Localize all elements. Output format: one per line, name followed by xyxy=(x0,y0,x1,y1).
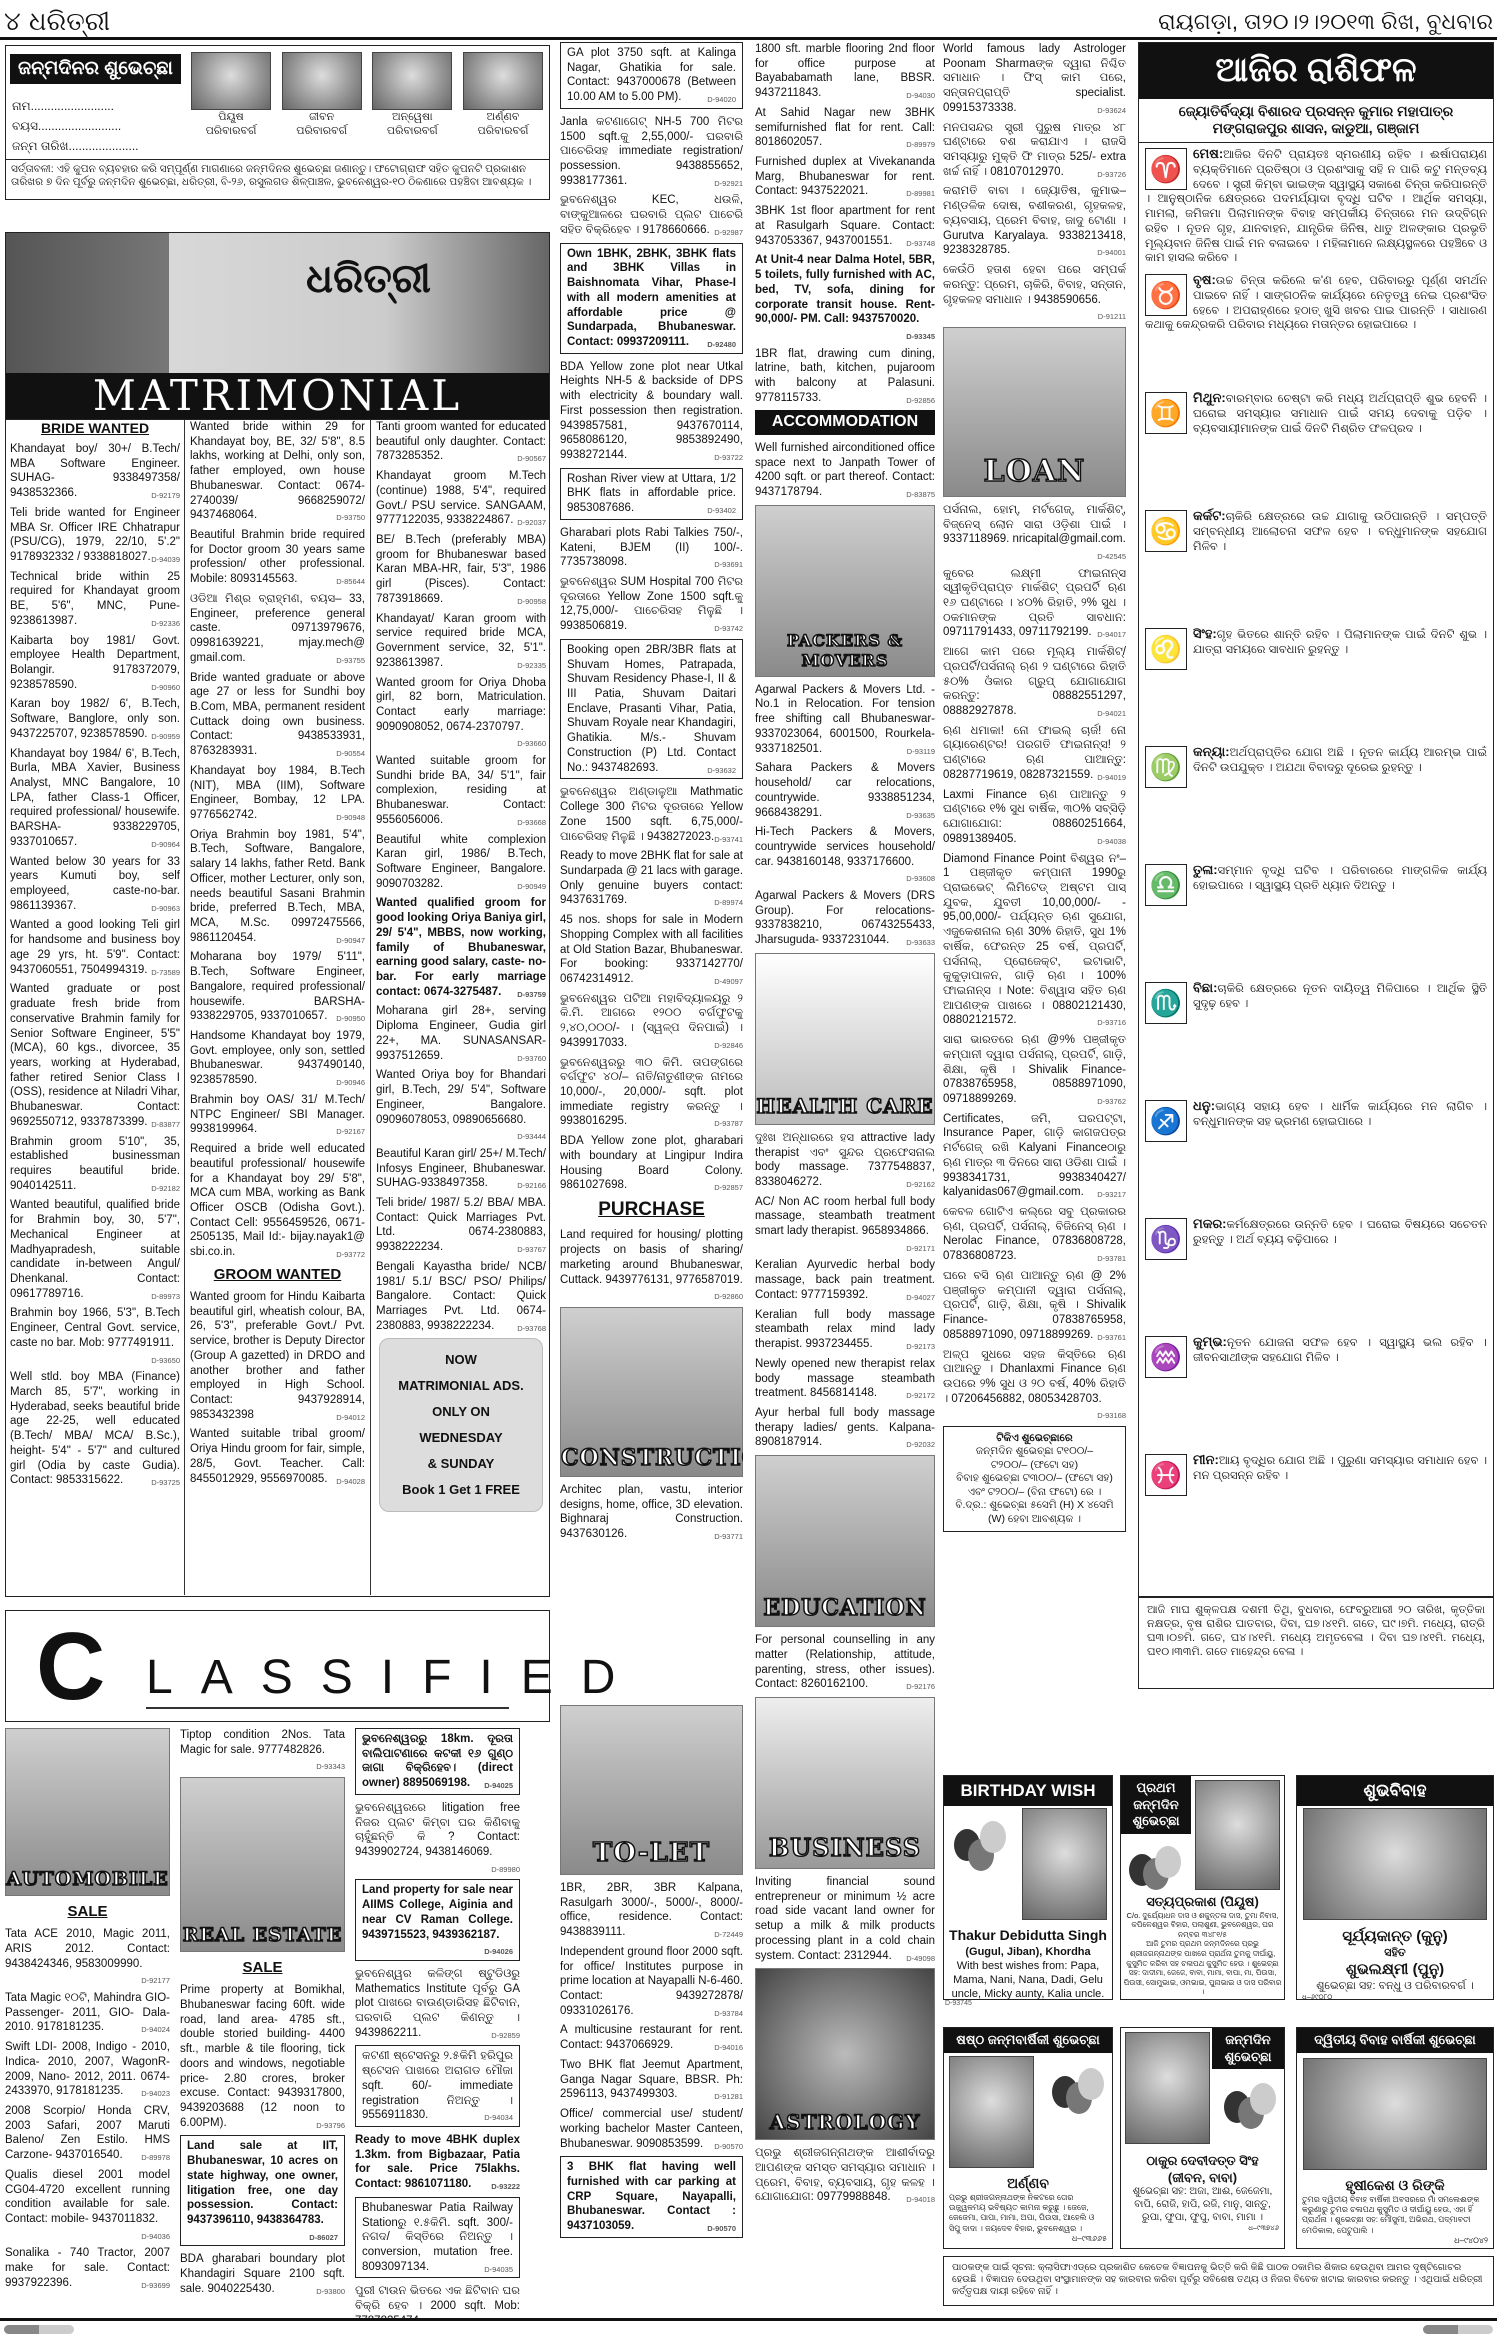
realestate-column: Tiptop condition 2Nos. Tata Magic for sa… xyxy=(180,1728,345,2318)
purchase-heading: PURCHASE xyxy=(560,1198,743,1222)
automobile-column: AUTOMOBILE SALE Tata ACE 2010, Magic 201… xyxy=(5,1728,170,2318)
education-caption: EDUCATION xyxy=(756,1594,934,1622)
wish-sub: (Gugul, Jiban), Khordha xyxy=(949,1945,1107,1959)
classified-ad: Independent ground floor 2000 sqft. for … xyxy=(560,1945,743,2019)
zodiac-icon: ♓ xyxy=(1145,1454,1187,1496)
classified-ad: Oriya Brahmin boy 1981, 5'4", B.Tech, So… xyxy=(190,828,365,946)
ad-code: D-94027 xyxy=(906,1293,935,1303)
sign-name: କୁମ୍ଭ: xyxy=(1193,1334,1227,1349)
rate-line: ବିବାହ ଶୁଭେଚ୍ଛା ଟ୩୦୦/– (ଫଟୋ ସହ) xyxy=(952,1472,1117,1485)
couple-photo xyxy=(1303,2058,1487,2170)
wish-message: ଶୁଭେଚ୍ଛା ସହ: ବନ୍ଧୁ ଓ ପରିବାରବର୍ଗ । xyxy=(1302,1979,1488,1993)
matrimonial-promo-box: NOW MATRIMONIAL ADS. ONLY ON WEDNESDAY &… xyxy=(379,1338,543,1512)
ad-text: Wanted Oriya boy for Bhandari girl, B.Te… xyxy=(376,1069,546,1125)
ad-code: D-93635 xyxy=(906,811,935,821)
classified-ad: At Sahid Nagar new 3BHK semifurnished fl… xyxy=(755,106,935,150)
ad-text: Wanted suitable groom for Sundhi bride B… xyxy=(376,755,546,826)
ad-text: World famous lady Astrologer Poonam Shar… xyxy=(943,43,1126,114)
ad-code: D-92182 xyxy=(151,1184,180,1194)
child-photo xyxy=(949,2056,1034,2168)
coupon-fields[interactable]: ନାମ......................... ବୟସ........… xyxy=(12,96,139,156)
page-nav-left[interactable] xyxy=(4,2325,74,2334)
ad-code: D-93781 xyxy=(1097,1254,1126,1264)
classified-ad: BE/ B.Tech (preferably MBA) groom for Bh… xyxy=(376,533,546,607)
ad-code: D-49097 xyxy=(714,977,743,987)
ad-code: D-92166 xyxy=(517,1181,546,1191)
classified-ad: Hi-Tech Packers & Movers, countrywide se… xyxy=(755,825,935,884)
automobile-caption: AUTOMOBILE xyxy=(6,1867,169,1891)
birthday-coupon: ଜନ୍ମଦିନର ଶୁଭେଚ୍ଛା ନାମ...................… xyxy=(5,45,550,160)
sign-name: କନ୍ୟା: xyxy=(1193,744,1230,759)
ad-code: D-94036 xyxy=(141,2232,170,2242)
groom-wanted-heading: GROOM WANTED xyxy=(190,1265,365,1284)
classified-ad: କରାମତି ବାବା । ଜ୍ୟୋତିଷ, କୁମାଭ– ମଣ୍ଡଳିକ ଦୋ… xyxy=(943,184,1126,258)
kid-name: ଅର୍ଣ୍ଣବ xyxy=(463,110,543,124)
ad-text: Oriya Brahmin boy 1981, 5'4", B.Tech, So… xyxy=(190,829,365,944)
classified-ad: Roshan River view at Uttara, 1/2 BHK fla… xyxy=(560,468,743,520)
loan-column: World famous lady Astrologer Poonam Shar… xyxy=(943,42,1126,1652)
ad-code: D-92179 xyxy=(151,491,180,501)
ad-code: D-93633 xyxy=(906,938,935,948)
wish-name: ସତ୍ୟପ୍ରକାଶ (ପିୟୂଷ) xyxy=(1123,1894,1282,1911)
ad-text: Wanted qualified groom for good looking … xyxy=(376,897,546,997)
sign-text: ଗୃହ ଭିତରେ ଶାନ୍ତି ରହିବ । ପିଲାମାନଙ୍କ ପାଇଁ … xyxy=(1193,629,1487,656)
reader-notice: ପାଠକଙ୍କ ପାଇଁ ସୂଚନା: କ୍ଲାସିଫାଏଡ୍‌ରେ ପ୍ରକା… xyxy=(943,2256,1494,2306)
wish-message: ପ୍ରଭୁ ଶ୍ରୀଜଗନ୍ନାଥଙ୍କ ନିକଟରେ ତୋର ଉଜ୍ଜ୍ୱଳମ… xyxy=(949,2193,1107,2234)
classified-ad: AC/ Non AC room herbal full body massage… xyxy=(755,1195,935,1254)
ad-code: D-93691 xyxy=(714,560,743,570)
ad-text: Well stld. boy MBA (Finance) March 85, 5… xyxy=(10,1371,180,1486)
classified-ad: 3 BHK flat having well furnished with ca… xyxy=(560,2156,743,2238)
ad-text: Certificates, ଜମି, ଘରପଟ୍ଟା, Insurance Pa… xyxy=(943,1113,1126,1199)
ad-text: ଭୁବନେଶ୍ୱର କଳିଙ୍ଗ ଷ୍ଟୁଡିଓରୁ Mathematics I… xyxy=(355,1968,520,2039)
bride-wanted-heading: BRIDE WANTED xyxy=(10,420,180,438)
classified-ad: A multicusine restaurant for rent. Conta… xyxy=(560,2023,743,2052)
kid-photo xyxy=(282,52,362,110)
rate-line: ବି.ଦ୍ର.: ଶୁଭେଚ୍ଛା ୫ସେମି (H) X ୪ସେମି (W) … xyxy=(952,1499,1117,1526)
classified-ad: କେବଳ ଗୋଟିଏ କଲ୍‌ରେ ସବୁ ପ୍ରକାରର ଋଣ, ପ୍ରପର୍… xyxy=(943,1205,1126,1264)
zodiac-icon: ♏ xyxy=(1145,982,1187,1024)
classified-ad: Brahmin boy OAS/ 31/ M.Tech/ NTPC Engine… xyxy=(190,1093,365,1137)
ad-code: D-92171 xyxy=(906,1244,935,1254)
ad-code: D-72449 xyxy=(714,1930,743,1940)
automobile-sale-heading: SALE xyxy=(5,1902,170,1921)
ad-code: D-92167 xyxy=(336,1127,365,1137)
classified-ad: Brahmin groom 5'10", 35, established bus… xyxy=(10,1135,180,1194)
ad-code: D-49098 xyxy=(906,1954,935,1964)
ad-code: D-92335 xyxy=(517,661,546,671)
ad-code: D-42545 xyxy=(1097,552,1126,562)
astrologer-address: ମଙ୍ଗରାଜପୁର ଶାସନ, କାଡୁଆ, ଗଞ୍ଜାମ xyxy=(1143,120,1489,138)
coupon-age-field[interactable]: ବୟସ......................... xyxy=(12,116,139,136)
wish-message: With best wishes from: Papa, Mama, Nani,… xyxy=(949,1959,1107,2000)
ad-code: D-90567 xyxy=(517,454,546,464)
classified-ad: Moharana boy 1979/ 5'11", B.Tech, Softwa… xyxy=(190,950,365,1024)
ad-code: D-90958 xyxy=(517,597,546,607)
ad-code: D-93168 xyxy=(1097,1411,1126,1421)
rate-line: ଟ୨୦୦/– (ଫଟୋ ସହ) xyxy=(952,1459,1117,1472)
sign-name: ମିଥୁନ: xyxy=(1193,390,1226,405)
horoscope-sign: ♏ବିଛା:ଚାକିରି କ୍ଷେତ୍ରରେ ନୂତନ ଦାୟିତ୍ୱ ମିଳି… xyxy=(1139,977,1493,1095)
classified-ad: 3BHK 1st floor apartment for rent at Ras… xyxy=(755,204,935,248)
sign-name: ସିଂହ: xyxy=(1193,626,1217,641)
ad-text: ଓଡିଆ ମିଶ୍ର ବ୍ରାହ୍ମଣ, ବୟସ– 33, Engineer, … xyxy=(190,593,365,664)
ad-code: D-93699 xyxy=(141,2281,170,2291)
classified-ad: Wanted graduate or post graduate fresh b… xyxy=(10,982,180,1129)
classified-ad: Khandayat groom M.Tech (continue) 1988, … xyxy=(376,469,546,528)
classified-ad: Land property for sale near AIIMS Colleg… xyxy=(355,1879,520,1960)
wish-heading: BIRTHDAY WISH xyxy=(944,1776,1112,1806)
ad-code: ଧ–୯୩୬୬୫ xyxy=(949,2234,1107,2244)
ad-code: D-93750 xyxy=(336,513,365,523)
ad-code: D-92336 xyxy=(151,619,180,629)
automobile-image: AUTOMOBILE xyxy=(5,1728,170,1896)
ad-code: D-90947 xyxy=(336,936,365,946)
ad-code: D-91281 xyxy=(714,2092,743,2102)
ad-code: D-93762 xyxy=(1097,1097,1126,1107)
ad-code: ଧ–୯୩୬୩୯ xyxy=(1123,1997,1282,2000)
classified-ad: Own 1BHK, 2BHK, 3BHK flats and 3BHK Vill… xyxy=(560,243,743,354)
wish-rate-box: ଟିକିଏ ଶୁଭେଚ୍ଛାରେ ଜନ୍ମଦିନ ଶୁଭେଚ୍ଛା ଟ୧୦୦/–… xyxy=(943,1426,1126,1532)
ad-code: D-93745 xyxy=(945,2000,972,2009)
classified-ad: Swift LDI- 2008, Indigo - 2010, Indica- … xyxy=(5,2040,170,2099)
horoscope-sign: ♌ସିଂହ:ଗୃହ ଭିତରେ ଶାନ୍ତି ରହିବ । ପିଲାମାନଙ୍କ… xyxy=(1139,623,1493,741)
classified-ad: Khandayat boy 1984/ 6', B.Tech, Burla, M… xyxy=(10,747,180,850)
ad-code: D-93624 xyxy=(1097,106,1126,116)
classified-ad: ଭୁବନେଶ୍ୱର KEC, ଧଉଳି, ବାଙ୍କୁଆଳରେ ଘରବାରି ପ… xyxy=(560,193,743,237)
classified-ad: Wanted beautiful, qualified bride for Br… xyxy=(10,1198,180,1301)
ad-code: D-92162 xyxy=(906,1180,935,1190)
classified-ad: Beautiful Brahmin bride required for Doc… xyxy=(190,528,365,587)
classified-ad: କେଉଁଠି ହତାଶ ହେବା ପରେ ସମ୍ପର୍କ କରନ୍ତୁ: ପ୍ର… xyxy=(943,263,1126,322)
promo-line: NOW xyxy=(384,1347,538,1373)
ad-code: D-94018 xyxy=(906,2195,935,2205)
healthcare-image: HEALTH CARE xyxy=(755,953,935,1125)
classified-ad: ଋଣ ଧମାକା! ନୋ ଫାଇଲ୍ ଚାର୍ଜ! ନୋ ଗ୍ୟାରେଣ୍ଟର!… xyxy=(943,724,1126,783)
ad-code: D-94035 xyxy=(484,2265,513,2275)
classified-ad: Architec plan, vastu, interior designs, … xyxy=(560,1483,743,1542)
ad-text: Required a bride well educated beautiful… xyxy=(190,1143,365,1258)
footer-rule xyxy=(0,2318,1497,2321)
classified-ad: Ready to move 2BHK flat for sale at Sund… xyxy=(560,849,743,908)
ad-text: କରାମତି ବାବା । ଜ୍ୟୋତିଷ, କୁମାଭ– ମଣ୍ଡଳିକ ଦୋ… xyxy=(943,185,1126,256)
realestate-caption: REAL ESTATE xyxy=(181,1923,344,1947)
ad-text: Bengali Kayastha bride/ NCB/ 1981/ 5.1/ … xyxy=(376,1261,546,1332)
ad-text: BDA Yellow zone plot near Utkal Heights … xyxy=(560,361,743,461)
classified-ad: କଟଣୀ ଷ୍ଟେସନରୁ ୨.୫କିମି ହରିପୁର ଷ୍ଟେସନ ପାଖର… xyxy=(355,2045,520,2127)
ad-text: Prime property at Bomikhal, Bhubaneswar … xyxy=(180,1984,345,2128)
kid-family: ପରିବାରବର୍ଗ xyxy=(463,124,543,138)
classified-ad: Teli bride wanted for Engineer MBA Sr. O… xyxy=(10,506,180,565)
ad-code: D-93787 xyxy=(714,1119,743,1129)
sign-name: ବୃଷ: xyxy=(1193,272,1216,287)
ad-code: D-92037 xyxy=(517,518,546,528)
classified-ad: ଭୁବନେଶ୍ୱର ପଟିଆ ମହାବିଦ୍ୟାଳୟରୁ ୨ କି.ମି. ଆଗ… xyxy=(560,992,743,1051)
ad-code: D-92032 xyxy=(906,1440,935,1450)
horoscope-sign: ♑ମକର:କର୍ମକ୍ଷେତ୍ରରେ ଉନ୍ନତି ହେବ । ଘରୋଇ ବିଷ… xyxy=(1139,1213,1493,1331)
ad-text: ଭୁବନେଶ୍ୱରରୁ ୩୦ କିମି. ତାପଙ୍ଗରେ ବର୍ଗଫୁଟ ୪୦… xyxy=(560,1057,743,1128)
classified-ad: ପ୍ରଭୁ ଶ୍ରୀଜଗନ୍ନାଥଙ୍କ ଆଶୀର୍ବାଦରୁ ଆପଣଙ୍କ ସ… xyxy=(755,2146,935,2205)
ad-text: ଭୁବନେଶ୍ୱରରେ litigation free ନିଜର ପ୍ଲଟ କି… xyxy=(355,1802,520,1858)
zodiac-icon: ♊ xyxy=(1145,392,1187,434)
ad-code: D-73589 xyxy=(151,968,180,978)
sign-name: ଧନୁ: xyxy=(1193,1098,1215,1113)
ad-text: ସାରା ଭାରତରେ ଋଣ @୨% ପଞ୍ଜୀକୃତ କମ୍ପାନୀ ଦ୍ୱା… xyxy=(943,1034,1126,1105)
ad-text: ପର୍ସନାଲ, ହୋମ୍, ମର୍ଟଗେଜ୍, ମାର୍କଶିଟ୍, ବିଜ୍… xyxy=(943,504,1126,545)
wish-message: ଆଜି ତୁମର ପ୍ରଥମ ଜନ୍ମଦିନରେ ପ୍ରଭୁ ଶ୍ରୀଜଗନ୍ନ… xyxy=(1123,1939,1282,1997)
classified-ad: Land sale at IIT, Bhubaneswar, 10 acres … xyxy=(180,2135,345,2246)
ad-text: Qualis diesel 2001 model CG04-4720 excel… xyxy=(5,2169,170,2225)
classified-ad: Diamond Finance Point ବିଶ୍ୱର ନଂ–1 ପଞ୍ଜୀକ… xyxy=(943,852,1126,1029)
rate-line: ଜନ୍ମଦିନ ଶୁଭେଚ୍ଛା ଟ୧୦୦/– xyxy=(952,1445,1117,1458)
ad-code: D-92172 xyxy=(906,1391,935,1401)
healthcare-caption: HEALTH CARE xyxy=(756,1094,934,1120)
horoscope-title: ଆଜିର ରାଶିଫଳ xyxy=(1139,43,1493,99)
ad-code: D-90570 xyxy=(707,2224,736,2234)
panjika-note: ଆଜି ମାଘ ଶୁକ୍ଳପକ୍ଷ ଦଶମୀ ତିଥି, ବୁଧବାର, ଫେବ… xyxy=(1138,1597,1494,1689)
ad-code: D-92859 xyxy=(491,2031,520,2041)
ad-code: D-92987 xyxy=(714,228,743,238)
rent-column: 1800 sft. marble flooring 2nd floor for … xyxy=(755,42,935,2317)
ad-text: BE/ B.Tech (preferably MBA) groom for Bh… xyxy=(376,534,546,605)
ad-text: Brahmin boy 1966, 5'3", B.Tech Engineer,… xyxy=(10,1307,180,1348)
realestate-sale-heading: SALE xyxy=(180,1958,345,1977)
coupon-dob-field[interactable]: ଜନ୍ମ ତାରିଖ..................... xyxy=(12,136,139,156)
ad-text: 45 nos. shops for sale in Modern Shoppin… xyxy=(560,914,743,985)
ad-code: D-93668 xyxy=(517,818,546,828)
horoscope-sign: ♈ମେଷ:ଆଜିର ଦିନଟି ପ୍ରାୟତଃ ସ୍ମରଣୀୟ ରହିବ । ଈ… xyxy=(1139,143,1493,269)
classified-banner: C LASSIFIED xyxy=(5,1610,550,1722)
ad-text: Land sale at IIT, Bhubaneswar, 10 acres … xyxy=(187,2140,338,2226)
ad-code: D-93784 xyxy=(714,2009,743,2019)
classified-ad: ସାରା ଭାରତରେ ଋଣ @୨% ପଞ୍ଜୀକୃତ କମ୍ପାନୀ ଦ୍ୱା… xyxy=(943,1033,1126,1107)
ad-code: D-86027 xyxy=(309,2233,338,2243)
sign-text: ନୂତନ ଯୋଜନା ସଫଳ ହେବ । ସ୍ୱାସ୍ଥ୍ୟ ଭଲ ରହିବ ।… xyxy=(1193,1337,1487,1364)
tolet-caption: TO-LET xyxy=(561,1837,742,1870)
classified-ad: Tanti groom wanted for educated beautifu… xyxy=(376,420,546,464)
balloons-icon xyxy=(954,1821,1004,1901)
ad-text: Wanted beautiful, qualified bride for Br… xyxy=(10,1199,180,1299)
ad-code: ଧ–୬୯୦୮୦ xyxy=(1302,1994,1488,2000)
ad-code: D-94030 xyxy=(906,91,935,101)
loan-caption: LOAN xyxy=(944,453,1125,491)
ad-code: D-94025 xyxy=(484,1781,513,1791)
birthday-wish-card-2: ଜନ୍ମଦିନ ଶୁଭେଚ୍ଛା ଠାକୁର ଦେବୀଦତ୍ତ ସିଂହ (ଜୀ… xyxy=(1120,2027,1285,2249)
ad-code: D-94020 xyxy=(707,95,736,105)
classified-ad: Tiptop condition 2Nos. Tata Magic for sa… xyxy=(180,1728,345,1772)
classified-ad: Beautiful Karan girl/ 25+/ M.Tech/ Infos… xyxy=(376,1147,546,1191)
classified-ad: Karan boy 1982/ 6', B.Tech, Software, Ba… xyxy=(10,697,180,741)
ad-code: D-93217 xyxy=(1097,1190,1126,1200)
loan-image: LOAN xyxy=(943,327,1126,497)
classified-ad: World famous lady Astrologer Poonam Shar… xyxy=(943,42,1126,116)
ad-text: At Unit-4 near Dalma Hotel, 5BR, 5 toile… xyxy=(755,254,935,325)
ad-text: Inviting financial sound entrepreneur or… xyxy=(755,1876,935,1962)
kid-name: ଜୀବନ xyxy=(282,110,362,124)
ad-text: ପୁରୀ ଟାଉନ ଭିତରେ ଏକ ଛିଟିବାନ ଘର ବିକ୍ରି ହେବ… xyxy=(355,2285,520,2318)
classified-ad: GA plot 3750 sqft. at Kalinga Nagar, Gha… xyxy=(560,42,743,109)
classified-ad: Keralian full body massage steambath rel… xyxy=(755,1308,935,1352)
classified-ad: Beautiful white complexion Karan girl, 1… xyxy=(376,833,546,892)
sign-text: ଚାକିରି କ୍ଷେତ୍ରରେ ଉଚ୍ଚ ଯାଗାକୁ ଉଠିପାରନ୍ତି … xyxy=(1193,511,1487,552)
kid-card: ଅନ୍ୱେଷାପରିବାରବର୍ଗ xyxy=(372,52,452,138)
wish-name: ସୂର୍ଯ୍ୟକାନ୍ତ (କୁନୁ) xyxy=(1302,1927,1488,1946)
sign-name: ବିଛା: xyxy=(1193,980,1217,995)
ad-code: D-93608 xyxy=(906,874,935,884)
classified-ad: Newly opened new therapist relax body ma… xyxy=(755,1357,935,1401)
classified-ad: ଭୁବନେଶ୍ୱରରୁ 18km. ଦୂରତା ବାଲିପାଟଣାରେ କଟକୀ… xyxy=(355,1728,520,1795)
ad-code: D-93800 xyxy=(316,2287,345,2297)
child-photo xyxy=(1125,2032,1210,2144)
astrology-caption: ASTROLOGY xyxy=(756,2110,934,2136)
sign-text: ଚାକିରି କ୍ଷେତ୍ରରେ ନୂତନ ଦାୟିତ୍ୱ ମିଳିପାରେ ।… xyxy=(1193,983,1487,1010)
classified-ad: Prime property at Bomikhal, Bhubaneswar … xyxy=(180,1983,345,2130)
ad-code: D-89980 xyxy=(491,1865,520,1875)
ad-text: Land required for housing/ plotting proj… xyxy=(560,1229,743,1285)
ad-code: D-90946 xyxy=(336,1078,365,1088)
classified-ad: Khandayat boy/ 30+/ B.Tech/ MBA Software… xyxy=(10,442,180,501)
ad-code: D-90950 xyxy=(336,1014,365,1024)
ad-code: D-94016 xyxy=(714,2043,743,2053)
ad-code: D-91211 xyxy=(1098,312,1126,322)
horoscope-sign: ♊ମିଥୁନ:ବାରମ୍ବାର ଚେଷ୍ଟା କରି ମଧ୍ୟ ଅର୍ଥପ୍ରା… xyxy=(1139,387,1493,505)
sign-text: ସମ୍ମାନ ବୃଦ୍ଧି ଘଟିବ । ପରିବାରରେ ମାଙ୍ଗଳିକ କ… xyxy=(1193,865,1487,892)
accommodation-heading: ACCOMMODATION xyxy=(755,410,935,434)
classified-ad: BDA Yellow zone plot near Utkal Heights … xyxy=(560,360,743,463)
matrimonial-title: MATRIMONIAL xyxy=(6,373,549,419)
wish-name-2: ଶୁଭଲକ୍ଷ୍ମୀ (ପୁନୁ) xyxy=(1302,1960,1488,1979)
ad-code: D-90964 xyxy=(151,840,180,850)
ad-text: ଘରେ ବସି ଋଣ ପାଆନ୍ତୁ ଋଣ @ 2% ପଞ୍ଜୀକୃତ କମ୍ପ… xyxy=(943,1270,1126,1341)
classified-ad: Kaibarta boy 1981/ Govt. employee Health… xyxy=(10,634,180,693)
classified-ad: 1BR flat, drawing cum dining, latrine, b… xyxy=(755,347,935,406)
education-image: EDUCATION xyxy=(755,1455,935,1627)
classified-ad: 2008 Scorpio/ Honda CRV, 2003 Safari, 20… xyxy=(5,2104,170,2163)
child-photo xyxy=(1022,1808,1107,1920)
classified-ad: Bengali Kayastha bride/ NCB/ 1981/ 5.1/ … xyxy=(376,1260,546,1334)
ad-text: Tata ACE 2010, Magic 2011, ARIS 2012. Co… xyxy=(5,1928,170,1969)
ad-text: Independent ground floor 2000 sqft. for … xyxy=(560,1946,743,2017)
classified-ad: Agarwal Packers & Movers (DRS Group). Fo… xyxy=(755,889,935,948)
kid-family: ପରିବାରବର୍ଗ xyxy=(372,124,452,138)
ad-code: D-94038 xyxy=(1097,837,1126,847)
classified-ad: Handsome Khandayat boy 1979, Govt. emplo… xyxy=(190,1029,365,1088)
classified-ad: କୁବେର ଲକ୍ଷ୍ମୀ ଫାଇନାନ୍ସ ସ୍ୱୀକୃତିପ୍ରାପ୍ତ ମ… xyxy=(943,567,1126,641)
classified-ad: Wanted below 30 years for 33 years Kumut… xyxy=(10,855,180,914)
classified-ad: Wanted Oriya boy for Bhandari girl, B.Te… xyxy=(376,1068,546,1141)
ad-code: D-94021 xyxy=(1097,709,1126,719)
ad-code: D-94039 xyxy=(151,555,180,565)
classified-ad: Wanted groom for Oriya Dhoba girl, 82 bo… xyxy=(376,676,546,749)
ad-code: D-93726 xyxy=(1097,170,1126,180)
ad-code: D-93725 xyxy=(151,1478,180,1488)
ad-code: D-89978 xyxy=(141,2153,170,2163)
ad-code: D-83875 xyxy=(906,490,935,500)
classified-ad: 1800 sft. marble flooring 2nd floor for … xyxy=(755,42,935,101)
sign-text: ଆୟ ବୃଦ୍ଧିର ଯୋଗ ଅଛି । ପୁରୁଣା ସମସ୍ୟାର ସମାଧ… xyxy=(1193,1455,1487,1482)
ad-text: Janla କଟଣାଗେଟ୍ NH-5 700 ମିଟର 1500 sqft.କ… xyxy=(560,116,743,187)
horoscope-sign: ♎ତୁଳା:ସମ୍ମାନ ବୃଦ୍ଧି ଘଟିବ । ପରିବାରରେ ମାଙ୍… xyxy=(1139,859,1493,977)
page-nav-right[interactable] xyxy=(1423,2325,1493,2334)
ad-text: Diamond Finance Point ବିଶ୍ୱର ନଂ–1 ପଞ୍ଜୀକ… xyxy=(943,853,1126,1027)
ad-code: D-90959 xyxy=(151,732,180,742)
ad-text: Own 1BHK, 2BHK, 3BHK flats and 3BHK Vill… xyxy=(567,248,736,348)
wish-heading: ଜନ୍ମଦିନ ଶୁଭେଚ୍ଛା xyxy=(1212,2028,1284,2069)
kid-card: ପିୟୂଷପରିବାରବର୍ଗ xyxy=(191,52,271,138)
classified-ad: ଦୁଃଖ ଅନ୍ଧାରରେ ହସ attractive lady therapi… xyxy=(755,1131,935,1190)
ad-text: Wanted groom for Oriya Dhoba girl, 82 bo… xyxy=(376,677,546,733)
horoscope-sign: ♉ବୃଷ:ଉଚ୍ଚ ଚିନ୍ତା କରିଲେ କ'ଣ ହେବ, ପରିବାରରୁ… xyxy=(1139,269,1493,387)
ad-code: D-93742 xyxy=(714,624,743,634)
ad-text: Booking open 2BR/3BR flats at Shuvam Hom… xyxy=(567,644,736,774)
classified-ad: Teli bride/ 1987/ 5.2/ BBA/ MBA. Contact… xyxy=(376,1196,546,1255)
classified-ad: Janla କଟଣାଗେଟ୍ NH-5 700 ମିଟର 1500 sqft.କ… xyxy=(560,115,743,189)
ad-code: D-93759 xyxy=(517,990,546,1000)
ad-text: Moharana boy 1979/ 5'11", B.Tech, Softwa… xyxy=(190,951,365,1022)
first-birthday-card: ପ୍ରଥମ ଜନ୍ମଦିନ ଶୁଭେଚ୍ଛା ସତ୍ୟପ୍ରକାଶ (ପିୟୂଷ… xyxy=(1120,1775,1285,2000)
classified-ad: Required a bride well educated beautiful… xyxy=(190,1142,365,1260)
classified-ad: Wanted suitable tribal groom/ Oriya Hind… xyxy=(190,1427,365,1486)
wish-heading: ଦ୍ୱିତୀୟ ବିବାହ ବାର୍ଷିକୀ ଶୁଭେଚ୍ଛା xyxy=(1297,2028,1493,2053)
promo-line: & SUNDAY xyxy=(384,1451,538,1477)
ad-code: D-93771 xyxy=(714,1532,743,1542)
kid-name: ପିୟୂଷ xyxy=(191,110,271,124)
wish-message: ଶୁଭେଚ୍ଛା ସହ: ଅଜା, ଆଈ, ଜେଜେମା, ବାପି, ରୋଜି… xyxy=(1126,2186,1279,2224)
matrimonial-col-2: Wanted bride within 29 for Khandayat boy… xyxy=(190,420,365,1595)
wish-name: ଠାକୁର ଦେବୀଦତ୍ତ ସିଂହ xyxy=(1126,2153,1279,2170)
ad-text: Hi-Tech Packers & Movers, countrywide se… xyxy=(755,826,935,867)
matrimonial-col-1: BRIDE WANTED Khandayat boy/ 30+/ B.Tech/… xyxy=(10,420,180,1595)
ad-text: Bhubaneswar Patia Railway Stationରୁ ୧.୫କ… xyxy=(362,2202,513,2273)
classified-ad: For personal counselling in any matter (… xyxy=(755,1633,935,1692)
sign-text: ବାରମ୍ବାର ଚେଷ୍ଟା କରି ମଧ୍ୟ ଅର୍ଥପ୍ରାପ୍ତି ଶୁ… xyxy=(1193,393,1487,434)
ad-text: 3 BHK flat having well furnished with ca… xyxy=(567,2161,736,2232)
classified-ad: Wanted suitable groom for Sundhi bride B… xyxy=(376,754,546,828)
ad-text: Wanted groom for Hindu Kaibarta beautifu… xyxy=(190,1291,365,1421)
dateline: ରାୟଗଡ଼ା, ତା୨୦।୨।୨୦୧୩ ରିଖ, ବୁଧବାର xyxy=(1158,8,1493,36)
kid-name: ଅନ୍ୱେଷା xyxy=(372,110,452,124)
ad-code: D-93748 xyxy=(906,239,935,249)
sign-text: ଅର୍ଥପ୍ରାପ୍ତିର ଯୋଗ ଅଛି । ନୂତନ କାର୍ଯ୍ୟ ଆରମ… xyxy=(1193,747,1487,774)
classified-ad: Technical bride within 25 required for K… xyxy=(10,570,180,629)
classified-initial: C xyxy=(36,1617,105,1717)
ad-text: AC/ Non AC room herbal full body massage… xyxy=(755,1196,935,1237)
tolet-column: TO-LET 1BR, 2BR, 3BR Kalpana, Rasulgarh … xyxy=(560,1705,743,2315)
classified-ad: Well furnished airconditioned office spa… xyxy=(755,441,935,500)
ad-code: ଧ–୯୪୦୪୨ xyxy=(1302,2236,1488,2246)
classified-ad: ଆଗେ କାମ ପରେ ମୂଲ୍ୟ ମାର୍କଶିଟ୍/ ପ୍ରପର୍ଟି/ପର… xyxy=(943,645,1126,719)
classified-ad: Bride wanted graduate or above age 27 or… xyxy=(190,671,365,759)
classified-ad: ଓଡିଆ ମିଶ୍ର ବ୍ରାହ୍ମଣ, ବୟସ– 33, Engineer, … xyxy=(190,592,365,666)
sign-text: ଆଜିର ଦିନଟି ପ୍ରାୟତଃ ସ୍ମରଣୀୟ ରହିବ । ଈର୍ଷାପ… xyxy=(1145,149,1487,264)
classified-ad: ଘରେ ବସି ଋଣ ପାଆନ୍ତୁ ଋଣ @ 2% ପଞ୍ଜୀକୃତ କମ୍ପ… xyxy=(943,1269,1126,1343)
ad-text: Bride wanted graduate or above age 27 or… xyxy=(190,672,365,758)
ad-code: D-93755 xyxy=(336,656,365,666)
construction-caption: CONSTRUCTION xyxy=(561,1444,742,1472)
page-header: ୪ ଧରିତ୍ରୀ ରାୟଗଡ଼ା, ତା୨୦।୨।୨୦୧୩ ରିଖ, ବୁଧବ… xyxy=(0,0,1497,40)
ad-code: D-94028 xyxy=(336,1477,365,1487)
classified-ad: ପୁରୀ ଟାଉନ ଭିତରେ ଏକ ଛିଟିବାନ ଘର ବିକ୍ରି ହେବ… xyxy=(355,2284,520,2318)
classified-ad: Well stld. boy MBA (Finance) March 85, 5… xyxy=(10,1370,180,1488)
coupon-name-field[interactable]: ନାମ......................... xyxy=(12,96,139,116)
business-caption: BUSINESS xyxy=(756,1833,934,1864)
classified-ad: ଭୁବନେଶ୍ୱରରୁ ୩୦ କିମି. ତାପଙ୍ଗରେ ବର୍ଗଫୁଟ ୪୦… xyxy=(560,1056,743,1130)
ad-code: D-92856 xyxy=(906,396,935,406)
classified-ad: Tata Magic ୧୦ଟି, Mahindra GIO-Passenger-… xyxy=(5,1991,170,2035)
coupon-title: ଜନ୍ମଦିନର ଶୁଭେଚ୍ଛା xyxy=(10,54,181,84)
classified-ad: Two BHK flat Jeemut Apartment, Ganga Nag… xyxy=(560,2058,743,2102)
ad-code: D-90963 xyxy=(151,904,180,914)
